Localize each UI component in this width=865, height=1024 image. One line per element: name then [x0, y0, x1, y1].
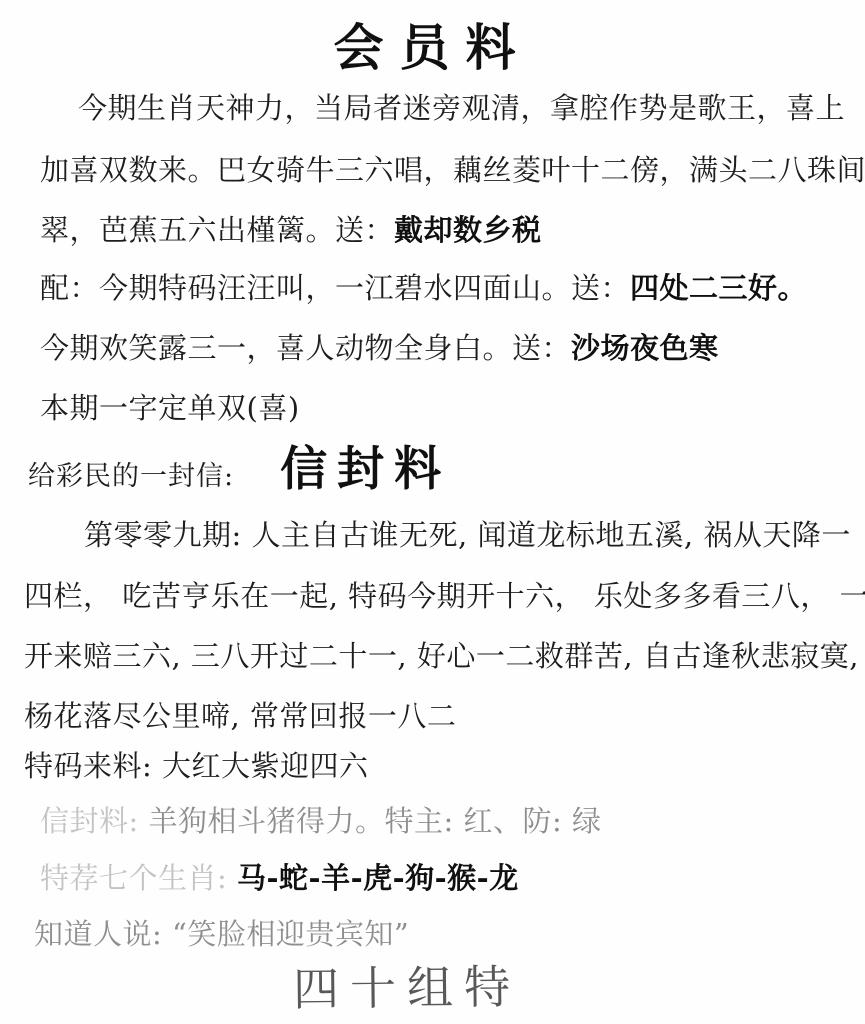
- scanned-tip-sheet: 会员料 今期生肖天神力，当局者迷旁观清，拿腔作势是歌王，喜上 加喜双数来。巴女骑…: [0, 0, 865, 1024]
- member-line-4-highlight: 四处二三好。: [630, 271, 807, 305]
- envelope-line-7: 特荐七个生肖: 马-蛇-羊-虎-狗-猴-龙: [40, 856, 519, 897]
- member-line-3: 翠，芭蕉五六出槿篱。送：戴却数乡税: [40, 208, 542, 249]
- envelope-line-4: 杨花落尽公里啼, 常常回报一八二: [24, 694, 456, 735]
- envelope-line-7-zodiacs: 马-蛇-羊-虎-狗-猴-龙: [237, 861, 519, 895]
- envelope-line-8: 知道人说: “笑脸相迎贵宾知”: [34, 912, 409, 953]
- envelope-line-2: 四栏， 吃苦亨乐在一起, 特码今期开十六， 乐处多多看三八， 一七: [24, 574, 865, 615]
- envelope-line-1-text: 第零零九期: 人主自古谁无死, 闻道龙标地五溪, 祸从天降一: [84, 518, 851, 552]
- envelope-line-2-text: 四栏， 吃苦亨乐在一起, 特码今期开十六， 乐处多多看三八， 一七: [24, 579, 865, 613]
- envelope-line-6-colors: 特主: 红、防: 绿: [385, 804, 602, 838]
- member-line-4: 配：今期特码汪汪叫，一江碧水四面山。送：四处二三好。: [40, 266, 807, 307]
- envelope-line-5-text: 特码来料: 大红大紫迎四六: [24, 749, 369, 783]
- envelope-line-5: 特码来料: 大红大紫迎四六: [24, 744, 369, 785]
- member-line-2: 加喜双数来。巴女骑牛三六唱，藕丝菱叶十二傍，满头二八珠间: [40, 148, 865, 189]
- envelope-line-7-label: 特荐七个生肖:: [40, 861, 237, 895]
- envelope-line-4-text: 杨花落尽公里啼, 常常回报一八二: [24, 699, 456, 733]
- member-line-5-highlight: 沙场夜色寒: [571, 331, 719, 365]
- envelope-line-3: 开来赔三六, 三八开过二十一, 好心一二救群苦, 自古逢秋悲寂寞,: [24, 634, 859, 675]
- envelope-line-6-body: 羊狗相斗猪得力。: [149, 804, 385, 838]
- envelope-intro-label: 给彩民的一封信:: [28, 454, 234, 493]
- envelope-section-title: 信封料: [280, 432, 451, 499]
- member-line-2-text: 加喜双数来。巴女骑牛三六唱，藕丝菱叶十二傍，满头二八珠间: [40, 153, 865, 187]
- envelope-heading-row: 给彩民的一封信: 信封料: [28, 432, 451, 499]
- member-line-4-text: 配：今期特码汪汪叫，一江碧水四面山。送：: [40, 271, 630, 305]
- envelope-line-3-text: 开来赔三六, 三八开过二十一, 好心一二救群苦, 自古逢秋悲寂寞,: [24, 639, 859, 673]
- member-section-title: 会员料: [0, 8, 865, 80]
- member-line-1-text: 今期生肖天神力，当局者迷旁观清，拿腔作势是歌王，喜上: [78, 91, 845, 125]
- member-line-3-highlight: 戴却数乡税: [394, 213, 542, 247]
- envelope-line-8-text: 知道人说: “笑脸相迎贵宾知”: [34, 917, 409, 951]
- footer-handwritten-note: 四十组特: [293, 951, 522, 1019]
- member-line-5: 今期欢笑露三一，喜人动物全身白。送：沙场夜色寒: [40, 326, 719, 367]
- envelope-line-1: 第零零九期: 人主自古谁无死, 闻道龙标地五溪, 祸从天降一: [84, 513, 851, 554]
- envelope-line-6-label: 信封料:: [40, 804, 149, 838]
- member-line-6: 本期一字定单双(喜): [40, 386, 300, 427]
- member-line-1: 今期生肖天神力，当局者迷旁观清，拿腔作势是歌王，喜上: [78, 86, 845, 127]
- member-line-5-text: 今期欢笑露三一，喜人动物全身白。送：: [40, 331, 571, 365]
- envelope-line-6: 信封料: 羊狗相斗猪得力。特主: 红、防: 绿: [40, 799, 602, 840]
- member-line-3-text: 翠，芭蕉五六出槿篱。送：: [40, 213, 394, 247]
- member-line-6-text: 本期一字定单双(喜): [40, 391, 300, 425]
